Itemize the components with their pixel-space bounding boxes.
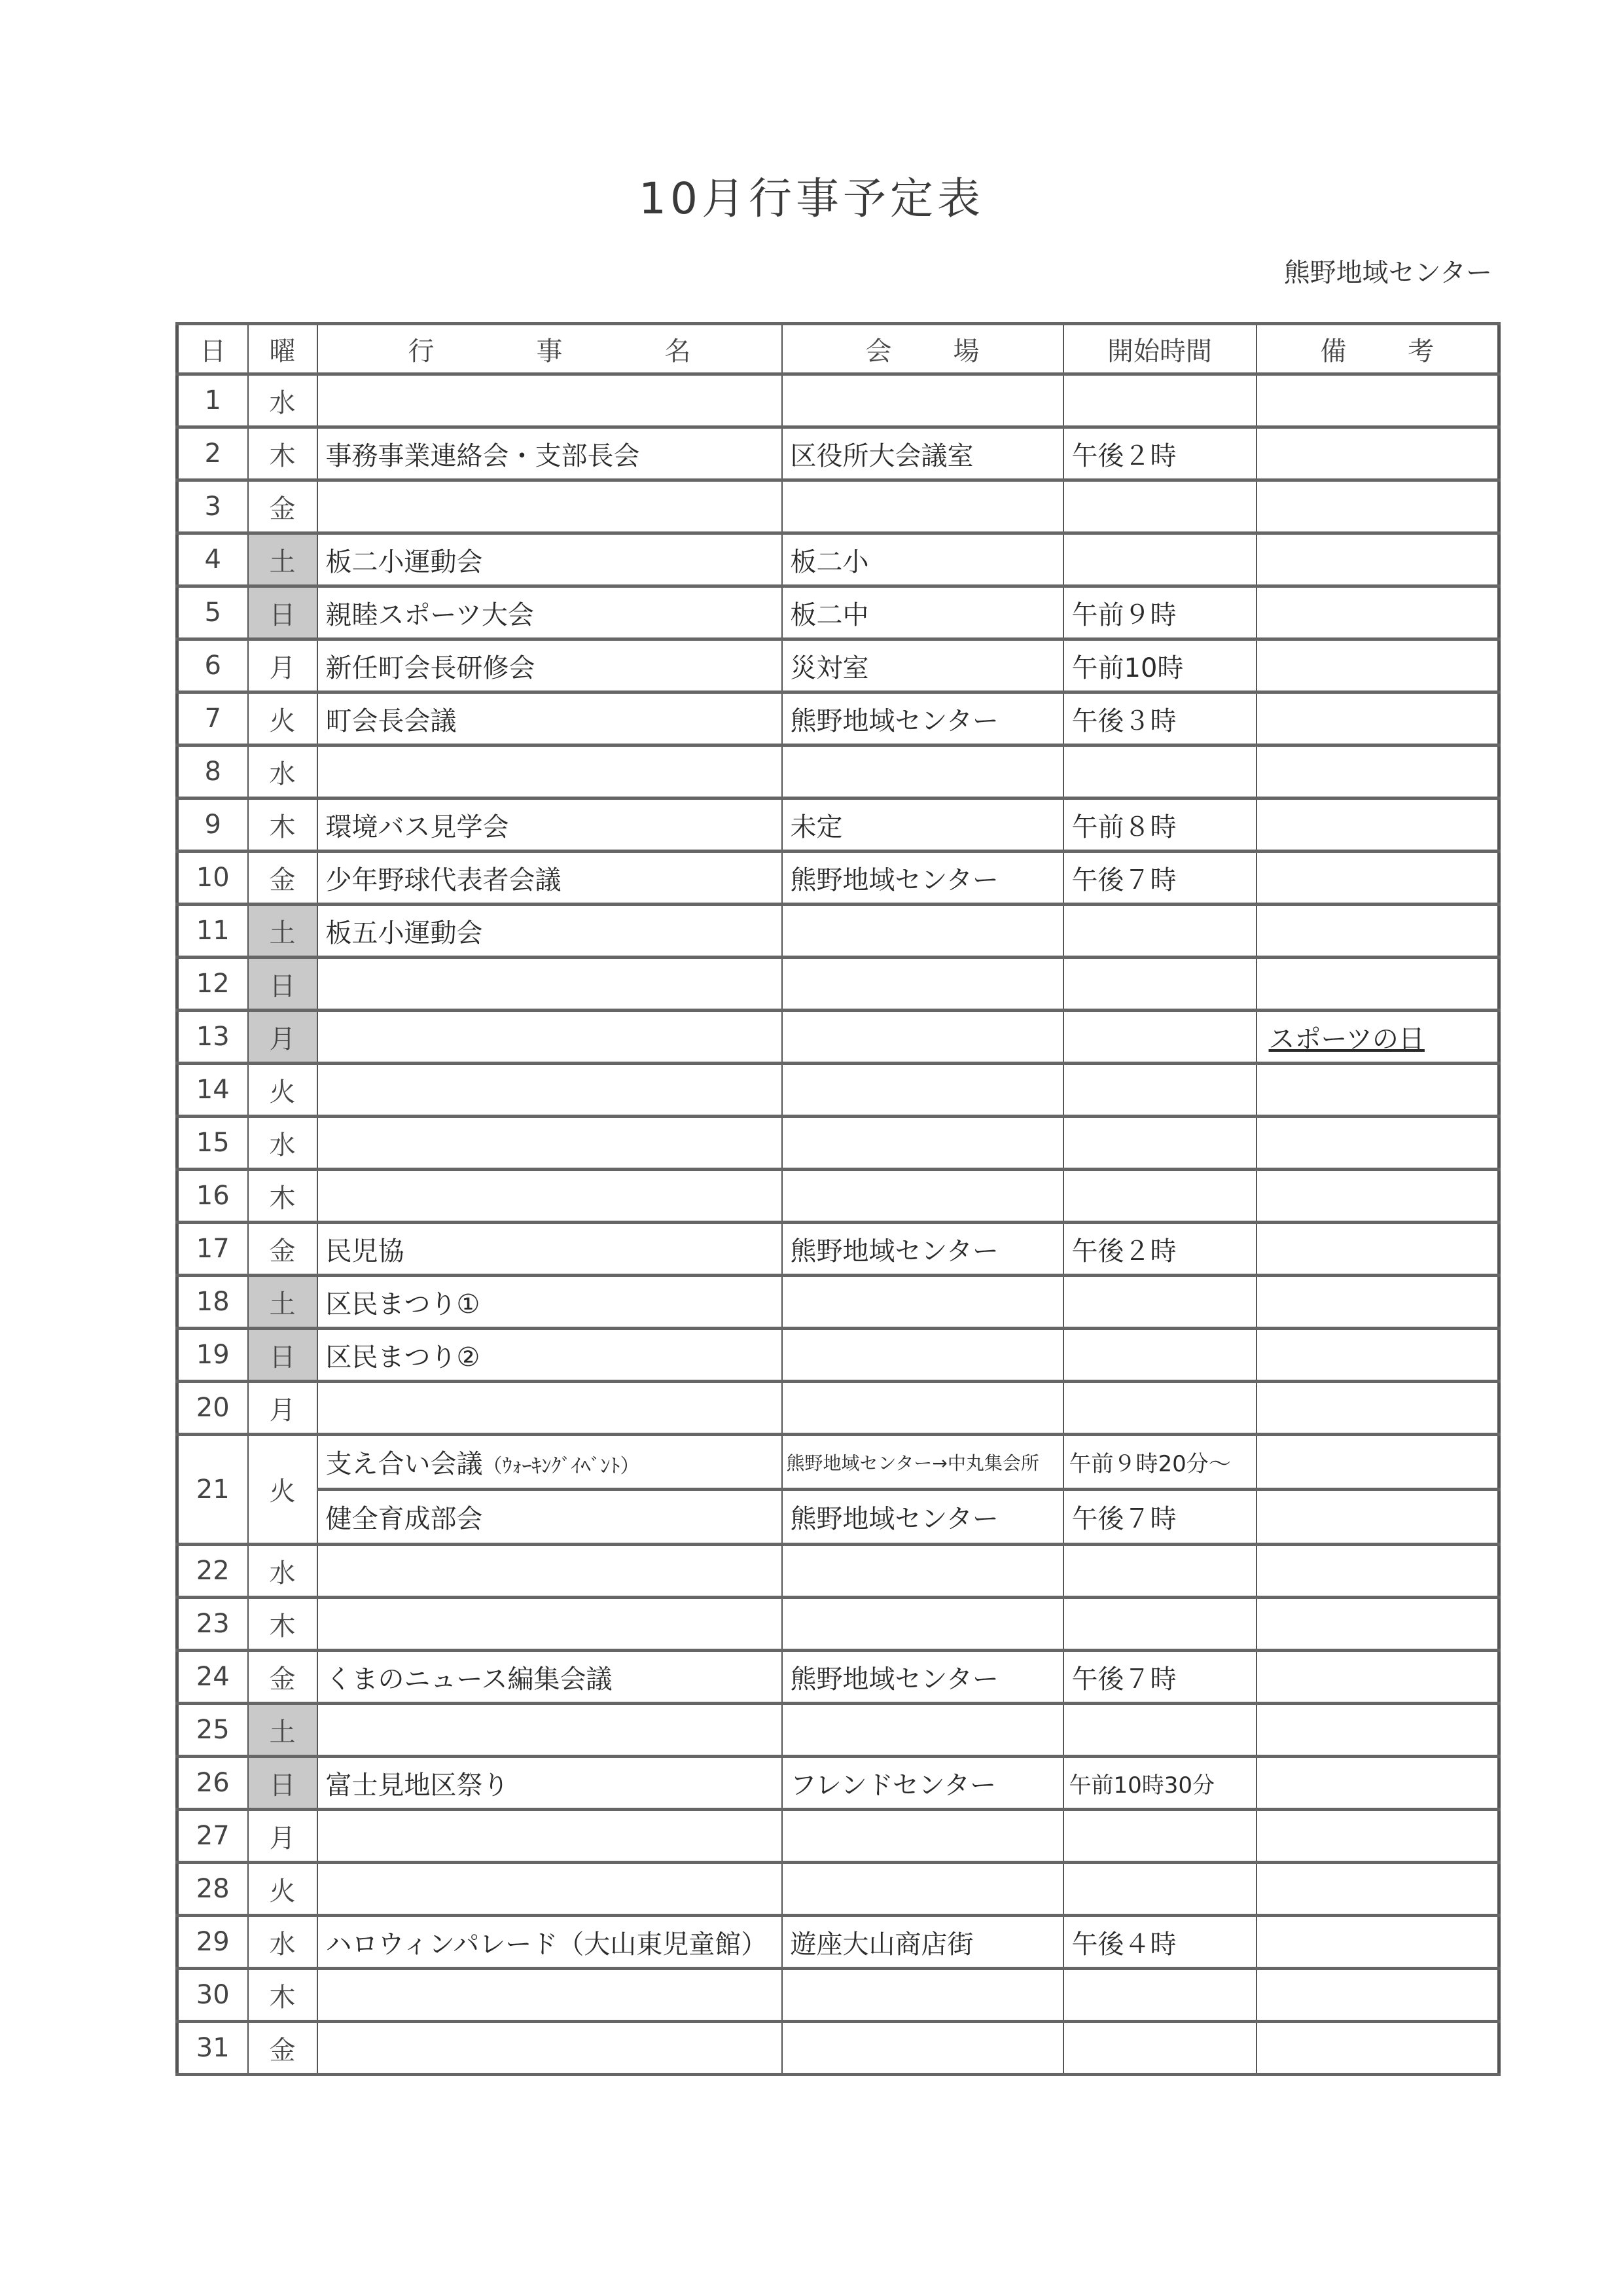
table-row: 健全育成部会熊野地域センター午後７時 xyxy=(177,1490,1499,1545)
venue-cell xyxy=(782,480,1063,533)
start-time-cell: 午後７時 xyxy=(1063,1490,1257,1545)
start-time-cell xyxy=(1063,1329,1257,1382)
notes-cell xyxy=(1257,798,1499,852)
day-cell: 10 xyxy=(177,852,248,905)
table-row: 15水 xyxy=(177,1117,1499,1170)
table-row: 16木 xyxy=(177,1170,1499,1223)
venue-cell: 板二小 xyxy=(782,533,1063,586)
event-cell xyxy=(317,1969,782,2022)
event-cell: 富士見地区祭り xyxy=(317,1757,782,1810)
weekday-cell: 金 xyxy=(248,1651,317,1704)
table-row: 28火 xyxy=(177,1863,1499,1916)
start-time-cell xyxy=(1063,745,1257,798)
weekday-cell: 木 xyxy=(248,798,317,852)
notes-cell xyxy=(1257,692,1499,745)
table-row: 10金少年野球代表者会議熊野地域センター午後７時 xyxy=(177,852,1499,905)
header-notes: 備 考 xyxy=(1257,324,1499,374)
table-row: 18土区民まつり① xyxy=(177,1276,1499,1329)
notes-cell xyxy=(1257,1329,1499,1382)
day-cell: 13 xyxy=(177,1011,248,1064)
venue-cell xyxy=(782,1064,1063,1117)
day-cell: 30 xyxy=(177,1969,248,2022)
notes-cell xyxy=(1257,1117,1499,1170)
start-time-cell: 午前９時20分～ xyxy=(1063,1435,1257,1490)
day-cell: 23 xyxy=(177,1598,248,1651)
table-row: 19日区民まつり② xyxy=(177,1329,1499,1382)
day-cell: 31 xyxy=(177,2022,248,2075)
header-day: 日 xyxy=(177,324,248,374)
event-cell: ハロウィンパレード（大山東児童館） xyxy=(317,1916,782,1969)
start-time-cell: 午後２時 xyxy=(1063,1223,1257,1276)
notes-cell xyxy=(1257,1276,1499,1329)
table-row: 24金くまのニュース編集会議熊野地域センター午後７時 xyxy=(177,1651,1499,1704)
notes-cell xyxy=(1257,480,1499,533)
venue-cell xyxy=(782,1545,1063,1598)
day-cell: 18 xyxy=(177,1276,248,1329)
header-weekday: 曜 xyxy=(248,324,317,374)
table-row: 11土板五小運動会 xyxy=(177,905,1499,958)
notes-cell xyxy=(1257,1916,1499,1969)
table-row: 26日富士見地区祭りフレンドセンター午前10時30分 xyxy=(177,1757,1499,1810)
weekday-cell: 金 xyxy=(248,1223,317,1276)
event-cell xyxy=(317,1863,782,1916)
day-cell: 5 xyxy=(177,586,248,639)
day-cell: 26 xyxy=(177,1757,248,1810)
header-event-char: 行 xyxy=(408,331,435,368)
venue-cell xyxy=(782,1810,1063,1863)
table-row: 27月 xyxy=(177,1810,1499,1863)
start-time-cell: 午後３時 xyxy=(1063,692,1257,745)
day-cell: 1 xyxy=(177,374,248,427)
notes-cell xyxy=(1257,533,1499,586)
event-cell xyxy=(317,1598,782,1651)
venue-cell: 板二中 xyxy=(782,586,1063,639)
venue-cell xyxy=(782,1170,1063,1223)
start-time-cell xyxy=(1063,1598,1257,1651)
event-cell: 支え合い会議（ｳｫｰｷﾝｸﾞｲﾍﾞﾝﾄ） xyxy=(317,1435,782,1490)
venue-cell xyxy=(782,374,1063,427)
table-row: 7火町会長会議熊野地域センター午後３時 xyxy=(177,692,1499,745)
start-time-cell xyxy=(1063,533,1257,586)
table-row: 2木事務事業連絡会・支部長会区役所大会議室午後２時 xyxy=(177,427,1499,480)
day-cell: 12 xyxy=(177,958,248,1011)
table-row: 22水 xyxy=(177,1545,1499,1598)
venue-cell: 遊座大山商店街 xyxy=(782,1916,1063,1969)
organization-name: 熊野地域センター xyxy=(1284,252,1492,289)
start-time-cell xyxy=(1063,1704,1257,1757)
day-cell: 7 xyxy=(177,692,248,745)
event-cell: 区民まつり① xyxy=(317,1276,782,1329)
start-time-cell xyxy=(1063,1810,1257,1863)
event-cell: 区民まつり② xyxy=(317,1329,782,1382)
notes-cell xyxy=(1257,586,1499,639)
table-row: 6月新任町会長研修会災対室午前10時 xyxy=(177,639,1499,692)
event-cell: 板五小運動会 xyxy=(317,905,782,958)
notes-cell xyxy=(1257,905,1499,958)
event-cell xyxy=(317,480,782,533)
weekday-cell: 木 xyxy=(248,1969,317,2022)
header-notes-char: 備 xyxy=(1320,331,1346,368)
venue-cell xyxy=(782,1704,1063,1757)
venue-cell xyxy=(782,905,1063,958)
venue-cell: 熊野地域センター xyxy=(782,692,1063,745)
start-time-cell xyxy=(1063,905,1257,958)
venue-cell: 熊野地域センター xyxy=(782,852,1063,905)
weekday-cell: 日 xyxy=(248,958,317,1011)
venue-cell xyxy=(782,958,1063,1011)
table-row: 31金 xyxy=(177,2022,1499,2075)
weekday-cell: 土 xyxy=(248,1704,317,1757)
start-time-cell xyxy=(1063,1382,1257,1435)
schedule-table-container: 日 曜 行 事 名 会 場 開始時間 xyxy=(175,322,1497,2076)
notes-cell xyxy=(1257,1757,1499,1810)
event-cell: 健全育成部会 xyxy=(317,1490,782,1545)
venue-cell xyxy=(782,745,1063,798)
day-cell: 25 xyxy=(177,1704,248,1757)
start-time-cell xyxy=(1063,1117,1257,1170)
weekday-cell: 金 xyxy=(248,480,317,533)
notes-cell xyxy=(1257,427,1499,480)
header-venue-char: 場 xyxy=(954,331,980,368)
notes-cell: スポーツの日 xyxy=(1257,1011,1499,1064)
day-cell: 20 xyxy=(177,1382,248,1435)
table-row: 5日親睦スポーツ大会板二中午前９時 xyxy=(177,586,1499,639)
weekday-cell: 木 xyxy=(248,1598,317,1651)
event-cell xyxy=(317,1170,782,1223)
start-time-cell xyxy=(1063,1969,1257,2022)
venue-cell xyxy=(782,1011,1063,1064)
venue-cell xyxy=(782,1598,1063,1651)
event-cell: 民児協 xyxy=(317,1223,782,1276)
start-time-cell: 午後７時 xyxy=(1063,1651,1257,1704)
table-row: 25土 xyxy=(177,1704,1499,1757)
venue-cell: 災対室 xyxy=(782,639,1063,692)
table-row: 8水 xyxy=(177,745,1499,798)
venue-cell: 未定 xyxy=(782,798,1063,852)
weekday-cell: 土 xyxy=(248,905,317,958)
weekday-cell: 土 xyxy=(248,533,317,586)
table-row: 30木 xyxy=(177,1969,1499,2022)
venue-cell xyxy=(782,1382,1063,1435)
venue-cell: 熊野地域センター xyxy=(782,1651,1063,1704)
start-time-cell xyxy=(1063,1011,1257,1064)
schedule-table: 日 曜 行 事 名 会 場 開始時間 xyxy=(175,322,1501,2076)
day-cell: 11 xyxy=(177,905,248,958)
start-time-cell xyxy=(1063,1064,1257,1117)
event-cell: 少年野球代表者会議 xyxy=(317,852,782,905)
start-time-cell: 午前９時 xyxy=(1063,586,1257,639)
venue-cell xyxy=(782,1117,1063,1170)
page-title: 10月行事予定表 xyxy=(0,164,1623,226)
day-cell: 4 xyxy=(177,533,248,586)
table-row: 13月スポーツの日 xyxy=(177,1011,1499,1064)
notes-cell xyxy=(1257,639,1499,692)
venue-cell xyxy=(782,1276,1063,1329)
weekday-cell: 日 xyxy=(248,586,317,639)
day-cell: 27 xyxy=(177,1810,248,1863)
event-cell xyxy=(317,745,782,798)
day-cell: 15 xyxy=(177,1117,248,1170)
table-row: 20月 xyxy=(177,1382,1499,1435)
weekday-cell: 火 xyxy=(248,1064,317,1117)
weekday-cell: 日 xyxy=(248,1757,317,1810)
day-cell: 9 xyxy=(177,798,248,852)
header-row: 日 曜 行 事 名 会 場 開始時間 xyxy=(177,324,1499,374)
weekday-cell: 水 xyxy=(248,745,317,798)
venue-cell xyxy=(782,1329,1063,1382)
weekday-cell: 火 xyxy=(248,1435,317,1545)
header-venue-char: 会 xyxy=(866,331,892,368)
weekday-cell: 木 xyxy=(248,1170,317,1223)
notes-cell xyxy=(1257,1704,1499,1757)
header-start-time: 開始時間 xyxy=(1063,324,1257,374)
notes-cell xyxy=(1257,1863,1499,1916)
table-row: 9木環境バス見学会未定午前８時 xyxy=(177,798,1499,852)
event-cell xyxy=(317,1064,782,1117)
notes-cell xyxy=(1257,958,1499,1011)
table-row: 4土板二小運動会板二小 xyxy=(177,533,1499,586)
notes-cell xyxy=(1257,1170,1499,1223)
venue-cell xyxy=(782,1863,1063,1916)
start-time-cell xyxy=(1063,958,1257,1011)
weekday-cell: 月 xyxy=(248,1382,317,1435)
notes-cell xyxy=(1257,1545,1499,1598)
weekday-cell: 日 xyxy=(248,1329,317,1382)
start-time-cell xyxy=(1063,1170,1257,1223)
event-cell: 事務事業連絡会・支部長会 xyxy=(317,427,782,480)
day-cell: 21 xyxy=(177,1435,248,1545)
start-time-cell xyxy=(1063,2022,1257,2075)
notes-cell xyxy=(1257,2022,1499,2075)
weekday-cell: 木 xyxy=(248,427,317,480)
day-cell: 19 xyxy=(177,1329,248,1382)
weekday-cell: 水 xyxy=(248,1545,317,1598)
event-cell: 板二小運動会 xyxy=(317,533,782,586)
event-cell xyxy=(317,1011,782,1064)
header-notes-char: 考 xyxy=(1408,331,1434,368)
day-cell: 29 xyxy=(177,1916,248,1969)
weekday-cell: 火 xyxy=(248,1863,317,1916)
header-event-char: 名 xyxy=(665,331,691,368)
venue-cell: フレンドセンター xyxy=(782,1757,1063,1810)
start-time-cell: 午後７時 xyxy=(1063,852,1257,905)
event-cell xyxy=(317,374,782,427)
notes-cell xyxy=(1257,1651,1499,1704)
schedule-body: 1水2木事務事業連絡会・支部長会区役所大会議室午後２時3金4土板二小運動会板二小… xyxy=(177,374,1499,2075)
venue-cell: 熊野地域センター→中丸集会所 xyxy=(782,1435,1063,1490)
event-cell xyxy=(317,1117,782,1170)
venue-cell: 熊野地域センター xyxy=(782,1490,1063,1545)
table-row: 3金 xyxy=(177,480,1499,533)
day-cell: 8 xyxy=(177,745,248,798)
day-cell: 17 xyxy=(177,1223,248,1276)
notes-cell xyxy=(1257,1598,1499,1651)
event-cell xyxy=(317,958,782,1011)
event-cell: 新任町会長研修会 xyxy=(317,639,782,692)
notes-cell xyxy=(1257,1969,1499,2022)
venue-cell xyxy=(782,2022,1063,2075)
weekday-cell: 月 xyxy=(248,1011,317,1064)
weekday-cell: 金 xyxy=(248,2022,317,2075)
venue-cell: 区役所大会議室 xyxy=(782,427,1063,480)
day-cell: 28 xyxy=(177,1863,248,1916)
weekday-cell: 月 xyxy=(248,639,317,692)
header-venue: 会 場 xyxy=(782,324,1063,374)
weekday-cell: 土 xyxy=(248,1276,317,1329)
venue-cell xyxy=(782,1969,1063,2022)
notes-cell xyxy=(1257,852,1499,905)
venue-cell: 熊野地域センター xyxy=(782,1223,1063,1276)
event-cell xyxy=(317,1382,782,1435)
notes-cell xyxy=(1257,1435,1499,1490)
event-cell: くまのニュース編集会議 xyxy=(317,1651,782,1704)
notes-cell xyxy=(1257,1810,1499,1863)
table-row: 23木 xyxy=(177,1598,1499,1651)
header-event-char: 事 xyxy=(537,331,563,368)
start-time-cell xyxy=(1063,1276,1257,1329)
notes-cell xyxy=(1257,374,1499,427)
day-cell: 6 xyxy=(177,639,248,692)
table-row: 29水ハロウィンパレード（大山東児童館）遊座大山商店街午後４時 xyxy=(177,1916,1499,1969)
notes-cell xyxy=(1257,1490,1499,1545)
weekday-cell: 月 xyxy=(248,1810,317,1863)
weekday-cell: 火 xyxy=(248,692,317,745)
event-cell xyxy=(317,1704,782,1757)
table-row: 17金民児協熊野地域センター午後２時 xyxy=(177,1223,1499,1276)
day-cell: 3 xyxy=(177,480,248,533)
event-name: 支え合い会議 xyxy=(326,1449,483,1479)
weekday-cell: 水 xyxy=(248,374,317,427)
start-time-cell xyxy=(1063,1545,1257,1598)
table-row: 12日 xyxy=(177,958,1499,1011)
start-time-cell: 午前８時 xyxy=(1063,798,1257,852)
weekday-cell: 水 xyxy=(248,1916,317,1969)
event-cell xyxy=(317,1810,782,1863)
table-row: 21火支え合い会議（ｳｫｰｷﾝｸﾞｲﾍﾞﾝﾄ）熊野地域センター→中丸集会所午前９… xyxy=(177,1435,1499,1490)
event-cell: 町会長会議 xyxy=(317,692,782,745)
notes-cell xyxy=(1257,745,1499,798)
event-cell xyxy=(317,2022,782,2075)
table-row: 1水 xyxy=(177,374,1499,427)
event-cell xyxy=(317,1545,782,1598)
start-time-cell: 午前10時30分 xyxy=(1063,1757,1257,1810)
event-name-note: （ｳｫｰｷﾝｸﾞｲﾍﾞﾝﾄ） xyxy=(483,1455,640,1478)
event-cell: 親睦スポーツ大会 xyxy=(317,586,782,639)
weekday-cell: 金 xyxy=(248,852,317,905)
start-time-cell: 午後４時 xyxy=(1063,1916,1257,1969)
day-cell: 24 xyxy=(177,1651,248,1704)
start-time-cell xyxy=(1063,480,1257,533)
start-time-cell: 午前10時 xyxy=(1063,639,1257,692)
start-time-cell xyxy=(1063,1863,1257,1916)
event-name: 健全育成部会 xyxy=(326,1504,483,1534)
start-time-cell xyxy=(1063,374,1257,427)
day-cell: 16 xyxy=(177,1170,248,1223)
table-row: 14火 xyxy=(177,1064,1499,1117)
event-cell: 環境バス見学会 xyxy=(317,798,782,852)
notes-cell xyxy=(1257,1064,1499,1117)
notes-cell xyxy=(1257,1382,1499,1435)
day-cell: 22 xyxy=(177,1545,248,1598)
day-cell: 2 xyxy=(177,427,248,480)
notes-cell xyxy=(1257,1223,1499,1276)
start-time-cell: 午後２時 xyxy=(1063,427,1257,480)
weekday-cell: 水 xyxy=(248,1117,317,1170)
day-cell: 14 xyxy=(177,1064,248,1117)
header-event-name: 行 事 名 xyxy=(317,324,782,374)
